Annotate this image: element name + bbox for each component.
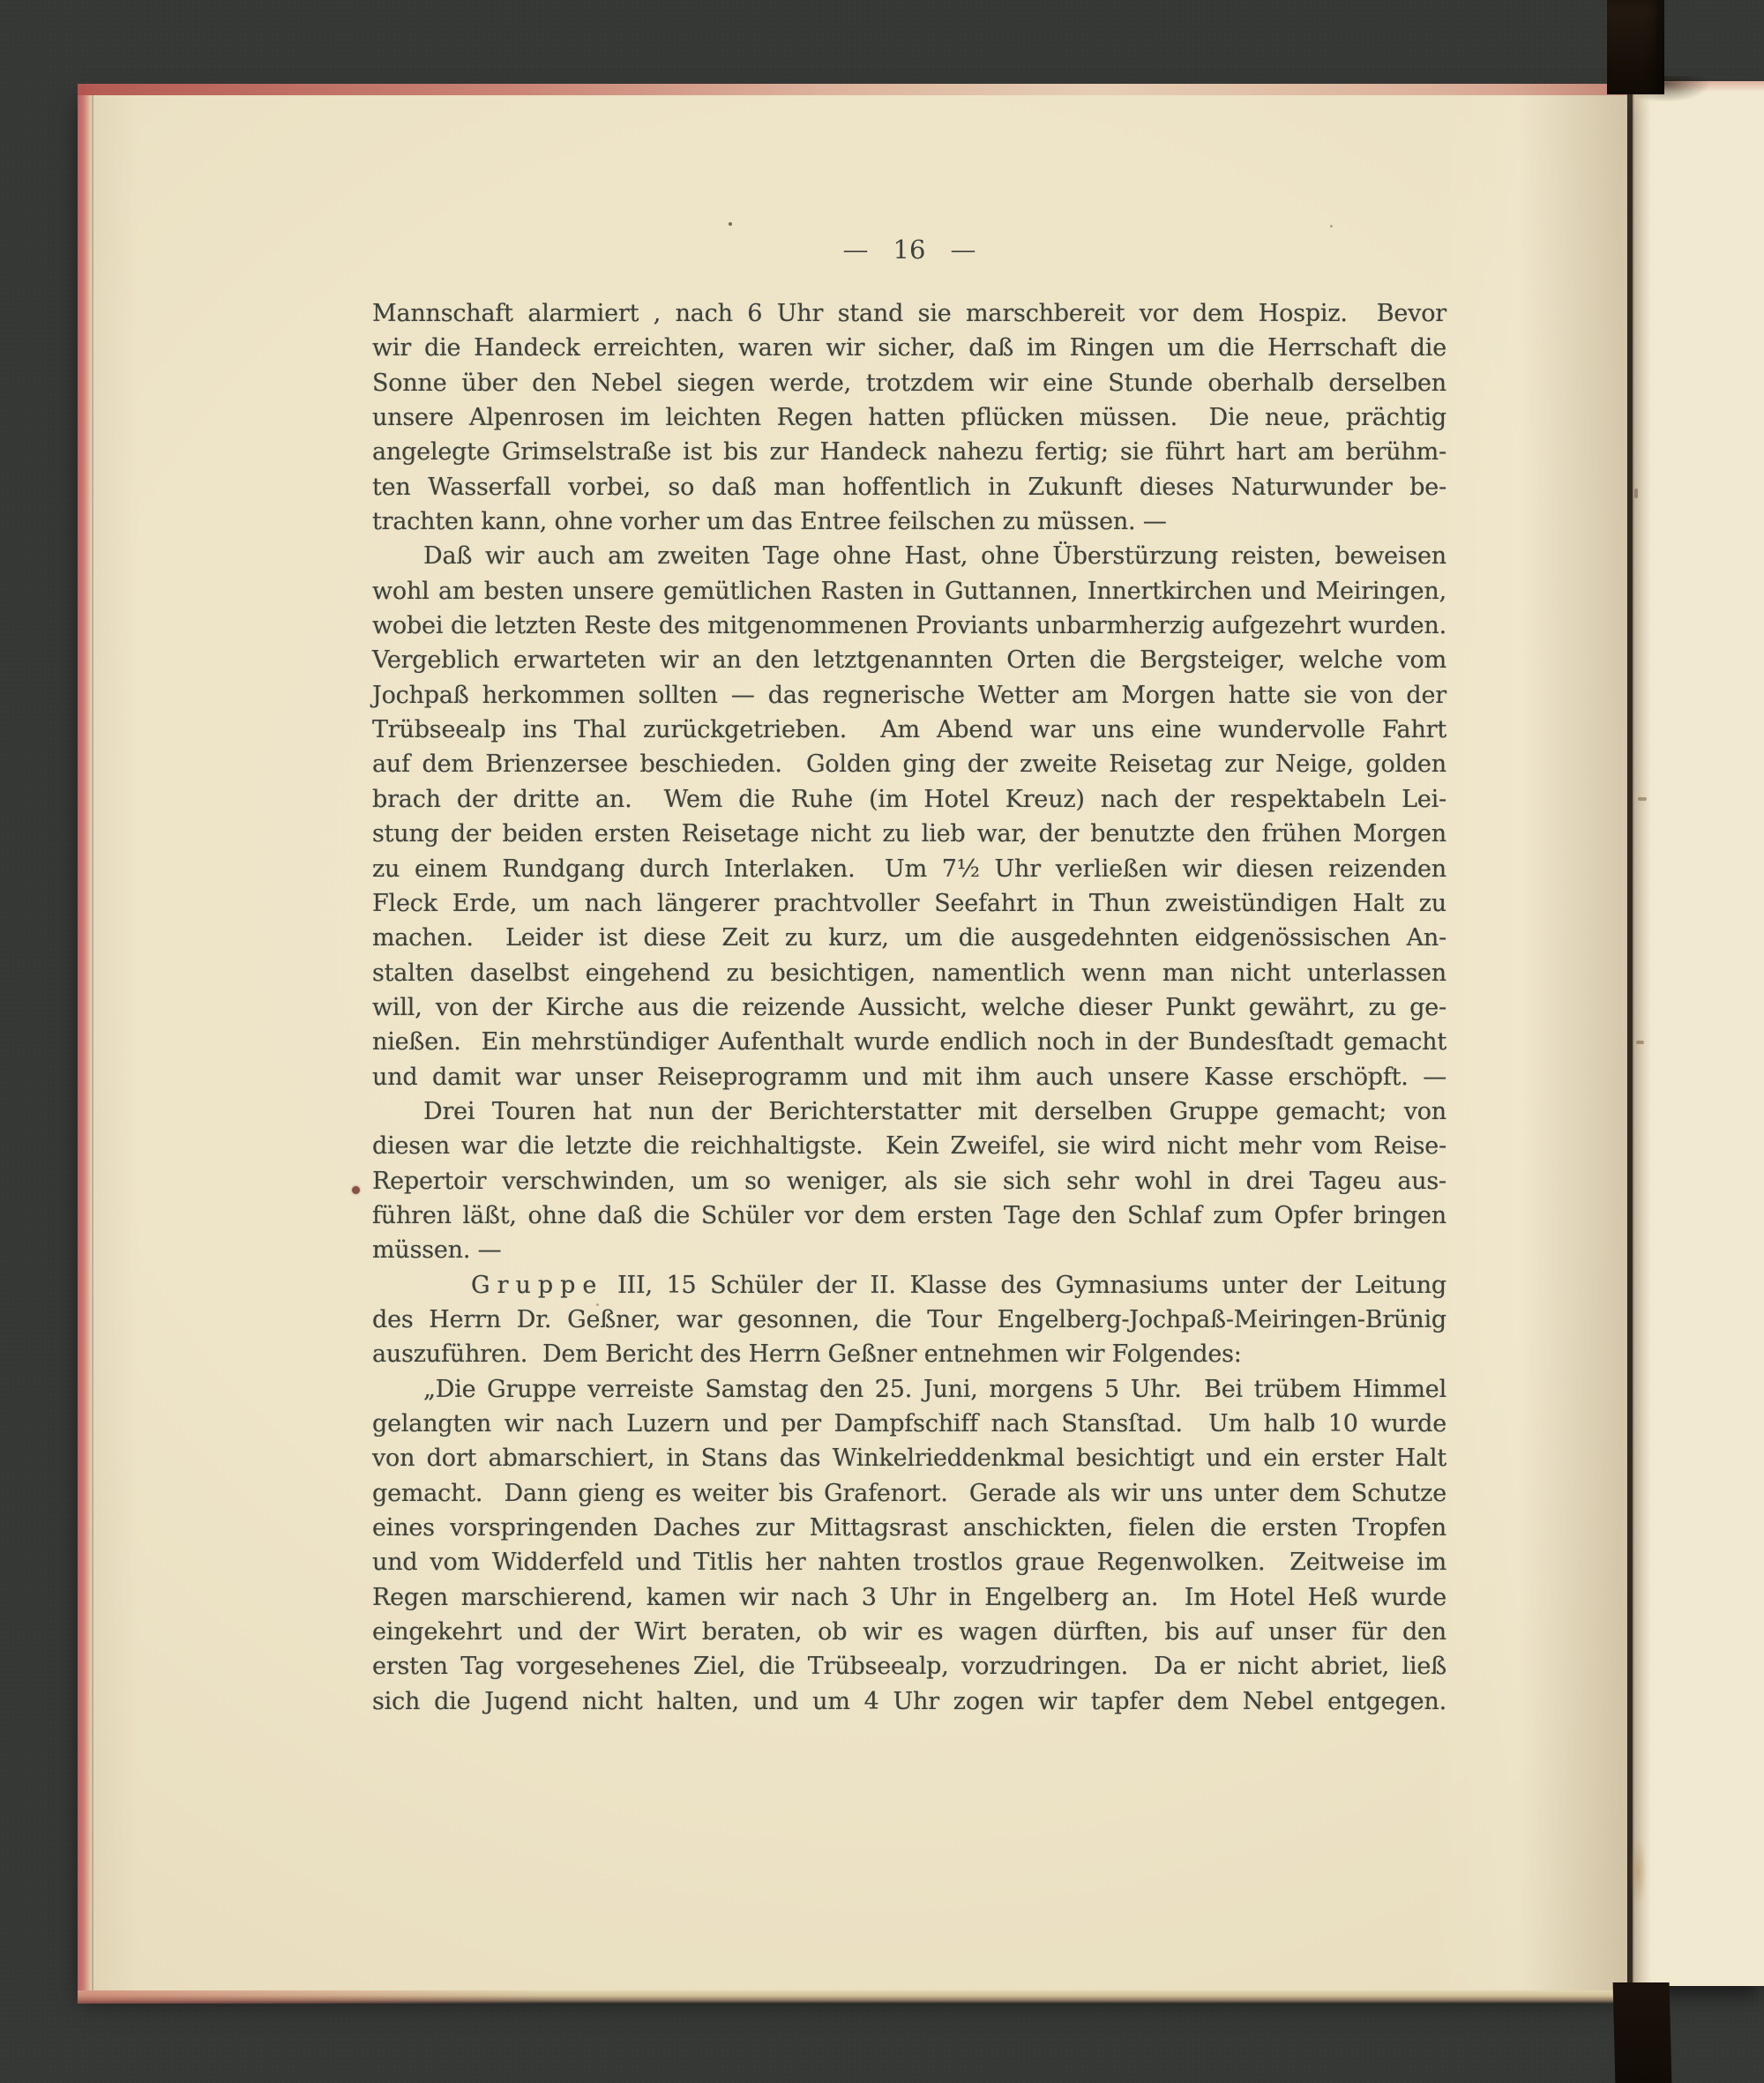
- text-line: will, von der Kirche aus die reizende Au…: [372, 990, 1446, 1025]
- text-line: Jochpaß herkommen sollten — das regneris…: [372, 678, 1446, 713]
- bookmark-ribbon-bottom: [1613, 1982, 1672, 2083]
- red-stained-top-edge: [78, 84, 1627, 95]
- text-line: Mannschaft alarmiert , nach 6 Uhr stand …: [372, 296, 1446, 331]
- text-line: auszuführen. Dem Bericht des Herrn Geßne…: [372, 1337, 1446, 1371]
- text-line: machen. Leider ist diese Zeit zu kurz, u…: [372, 921, 1446, 955]
- scanned-book-photo: { "document_type": "scanned book page", …: [0, 0, 1764, 2083]
- binding-stitch: [1634, 489, 1638, 498]
- text-line: führen läßt, ohne daß die Schüler vor de…: [372, 1198, 1446, 1233]
- text-line: eines vorspringenden Daches zur Mittagsr…: [372, 1511, 1446, 1545]
- text-line: wohl am besten unsere gemütlichen Rasten…: [372, 574, 1446, 608]
- text-line: müssen. —: [372, 1233, 1446, 1267]
- text-line: Drei Touren hat nun der Berichterstatter…: [372, 1094, 1446, 1129]
- text-line: stalten daselbst eingehend zu besichtige…: [372, 956, 1446, 990]
- text-line: Daß wir auch am zweiten Tage ohne Hast, …: [372, 539, 1446, 573]
- header-rule-left: —: [843, 237, 869, 263]
- text-line: Sonne über den Nebel siegen werde, trotz…: [372, 366, 1446, 400]
- letterspaced-word: Gruppe: [471, 1272, 603, 1299]
- red-stained-fore-edge-left: [78, 84, 92, 1990]
- page-text-block: Mannschaft alarmiert , nach 6 Uhr stand …: [372, 296, 1446, 1719]
- header-rule-right: —: [950, 237, 975, 263]
- page-bottom-edge-stack: [78, 1990, 1627, 2004]
- text-line: auf dem Brienzersee beschieden. Golden g…: [372, 747, 1446, 781]
- text-line: Gruppe III, 15 Schüler der II. Klasse de…: [372, 1268, 1446, 1303]
- text-line: wir die Handeck erreichten, waren wir si…: [372, 331, 1446, 365]
- text-line: Trübseealp ins Thal zurückgetrieben. Am …: [372, 713, 1446, 747]
- text-line: des Herrn Dr. Geßner, war gesonnen, die …: [372, 1303, 1446, 1337]
- paper-speck: [596, 1303, 599, 1306]
- page-edge-crease: [92, 84, 93, 1990]
- text-line: Fleck Erde, um nach längerer prachtvolle…: [372, 886, 1446, 921]
- text-line: ersten Tag vorgesehenes Ziel, die Trübse…: [372, 1649, 1446, 1684]
- text-line: und damit war unser Reiseprogramm und mi…: [372, 1060, 1446, 1094]
- text-line: Vergeblich erwarteten wir an den letztge…: [372, 643, 1446, 677]
- facing-page-edge: [1633, 81, 1764, 1986]
- text-line: gemacht. Dann gieng es weiter bis Grafen…: [372, 1476, 1446, 1511]
- text-line: Repertoir verschwinden, um so weniger, a…: [372, 1164, 1446, 1198]
- margin-ink-dot: [352, 1186, 360, 1194]
- text-line: ten Wasserfall vorbei, so daß man hoffen…: [372, 470, 1446, 504]
- bookmark-ribbon-top: [1607, 0, 1664, 94]
- text-line: von dort abmarschiert, in Stans das Wink…: [372, 1441, 1446, 1475]
- text-line: angelegte Grimselstraße ist bis zur Hand…: [372, 435, 1446, 469]
- text-line: „Die Gruppe verreiste Samstag den 25. Ju…: [372, 1372, 1446, 1407]
- page-number: 16: [893, 235, 926, 265]
- gutter-seam: [1626, 81, 1634, 1986]
- page-number-header: — 16 —: [372, 232, 1446, 267]
- text-line: Regen marschierend, kamen wir nach 3 Uhr…: [372, 1580, 1446, 1615]
- binding-stitch: [1636, 1041, 1644, 1044]
- text-line: trachten kann, ohne vorher um das Entree…: [372, 504, 1446, 539]
- text-line: unsere Alpenrosen im leichten Regen hatt…: [372, 400, 1446, 435]
- binding-stitch: [1638, 797, 1647, 801]
- text-line: stung der beiden ersten Reisetage nicht …: [372, 817, 1446, 851]
- paper-speck: [1330, 225, 1333, 228]
- text-line: wobei die letzten Reste des mitgenommene…: [372, 608, 1446, 643]
- paper-speck: [729, 222, 732, 226]
- text-line: diesen war die letzte die reichhaltigste…: [372, 1129, 1446, 1163]
- text-line: gelangten wir nach Luzern und per Dampfs…: [372, 1407, 1446, 1441]
- text-line: eingekehrt und der Wirt beraten, ob wir …: [372, 1615, 1446, 1649]
- text-line: nießen. Ein mehrstündiger Aufenthalt wur…: [372, 1025, 1446, 1059]
- text-line: brach der dritte an. Wem die Ruhe (im Ho…: [372, 782, 1446, 817]
- text-line: zu einem Rundgang durch Interlaken. Um 7…: [372, 852, 1446, 886]
- text-line: sich die Jugend nicht halten, und um 4 U…: [372, 1684, 1446, 1719]
- text-line: und vom Widderfeld und Titlis her nahten…: [372, 1545, 1446, 1579]
